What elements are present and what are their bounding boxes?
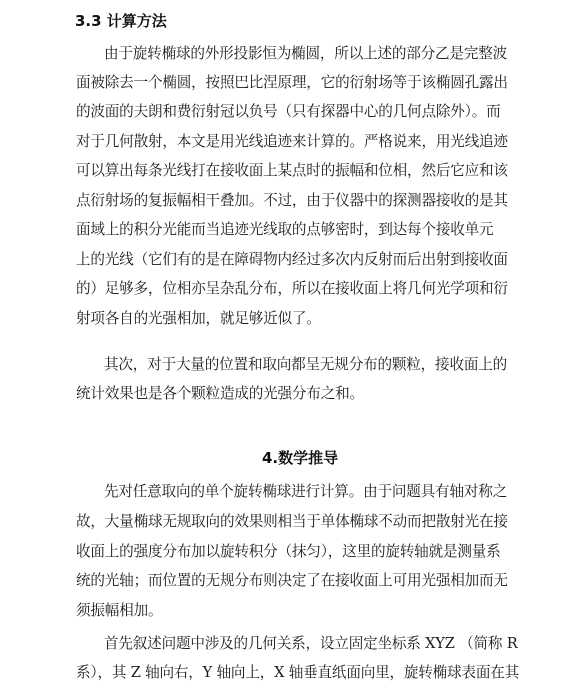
text-line: 统计效果也是各个颗粒造成的光强分布之和。 [76, 385, 490, 403]
text-line: 先对任意取向的单个旋转椭球进行计算。由于问题具有轴对称之 [104, 483, 490, 501]
text-line: 点衍射场的复振幅相干叠加。不过，由于仪器中的探测器接收的是其 [76, 192, 490, 210]
text-line: 须振幅相加。 [76, 602, 490, 620]
text-line: 由于旋转椭球的外形投影恒为椭圆，所以上述的部分乙是完整波 [104, 45, 490, 63]
text-line: 可以算出每条光线打在接收面上某点时的振幅和位相，然后它应和该 [76, 162, 490, 180]
text-line: 面被除去一个椭圆，按照巴比涅原理，它的衍射场等于该椭圆孔露出 [76, 74, 490, 92]
document-page: 3.3 计算方法 由于旋转椭球的外形投影恒为椭圆，所以上述的部分乙是完整波 面被… [0, 0, 564, 692]
text-line: 故，大量椭球无规取向的效果则相当于单体椭球不动而把散射光在接 [76, 513, 490, 531]
text-line: 首先叙述问题中涉及的几何关系，设立固定坐标系 XYZ （简称 R [104, 635, 490, 653]
section-heading-4: 4.数学推导 [262, 449, 338, 467]
text-line: 面域上的积分光能而当追迹光线取的点够密时，到达每个接收单元 [76, 221, 490, 239]
text-line: 上的光线（它们有的是在障碍物内经过多次内反射而后出射到接收面 [76, 251, 490, 269]
text-line: 的波面的夫朗和费衍射冠以负号（只有探器中心的几何点除外）。而 [76, 103, 490, 121]
text-line: 射项各自的光强相加，就足够近似了。 [76, 310, 490, 328]
text-line: 统的光轴；而位置的无规分布则决定了在接收面上可用光强相加而无 [76, 572, 490, 590]
text-line: 的）足够多，位相亦呈杂乱分布，所以在接收面上将几何光学项和衍 [76, 280, 490, 298]
text-line: 收面上的强度分布加以旋转积分（抹匀），这里的旋转轴就是测量系 [76, 543, 490, 561]
section-heading-3-3: 3.3 计算方法 [75, 12, 167, 30]
text-line: 系），其 Z 轴向右，Y 轴向上，X 轴垂直纸面向里，旋转椭球表面在其 [76, 664, 490, 682]
text-line: 对于几何散射，本文是用光线追迹来计算的。严格说来，用光线追迹 [76, 133, 490, 151]
text-line: 其次，对于大量的位置和取向都呈无规分布的颗粒，接收面上的 [104, 356, 490, 374]
